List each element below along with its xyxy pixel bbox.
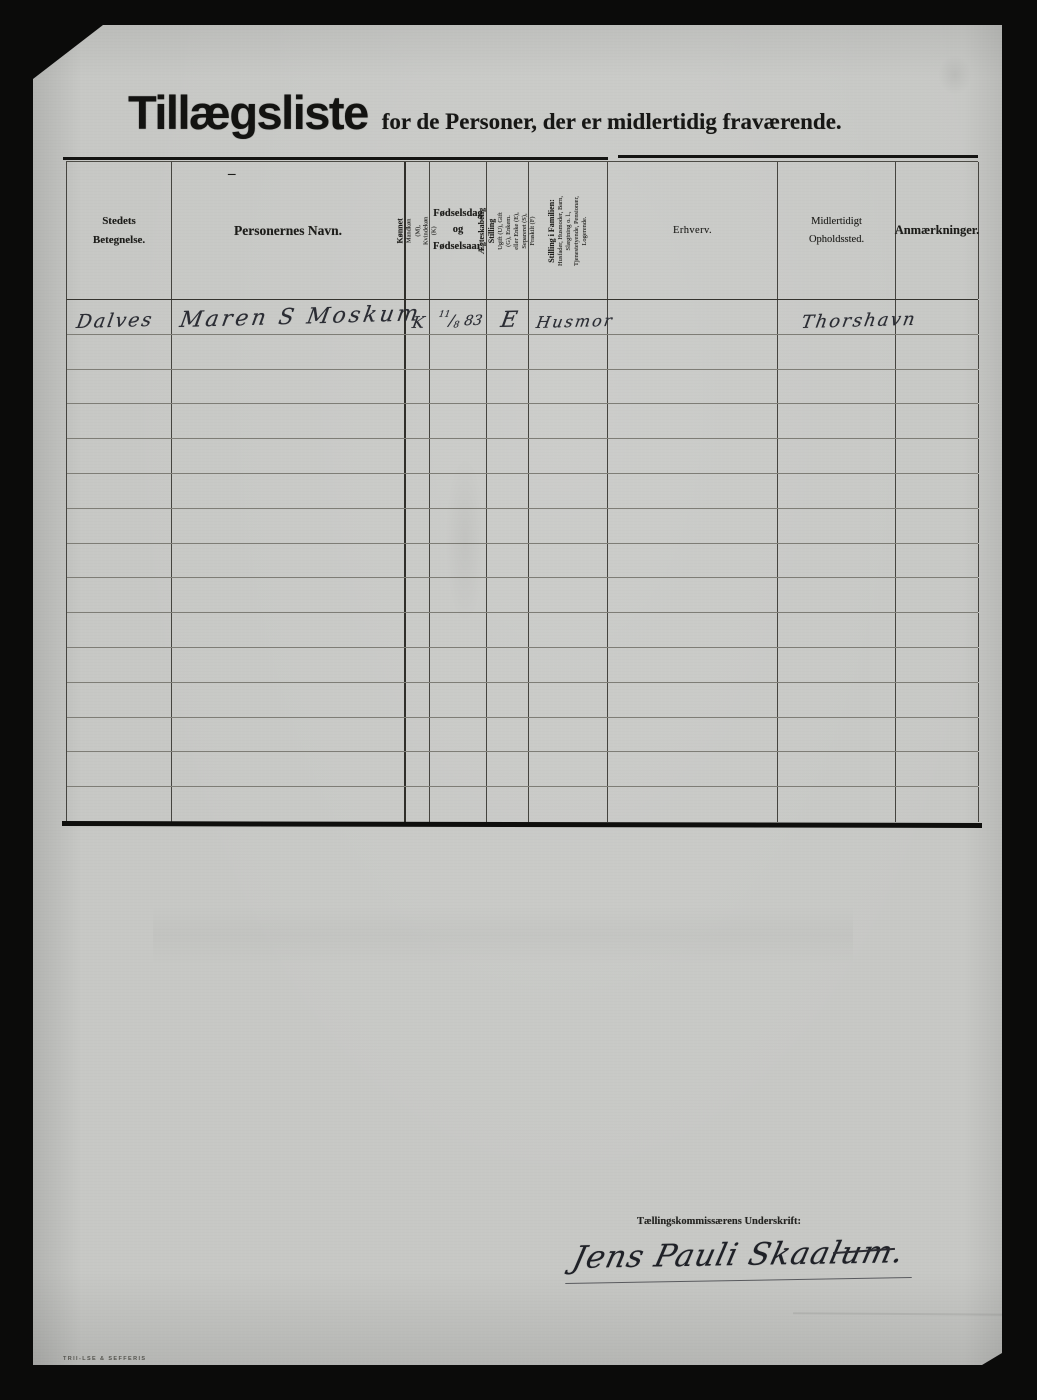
header-line: Personernes Navn. [234,223,342,239]
cell-anm [896,752,979,786]
cell-erhverv [608,404,778,438]
cell-navn [172,370,406,404]
cell-anm [896,544,979,578]
scan-smudge [153,905,853,965]
cell-navn [172,439,406,473]
cell-sted [67,404,172,438]
cell-navn [172,648,406,682]
cell-navn [172,787,406,822]
cell-kon [406,544,430,578]
handwritten-kon: K [411,314,426,330]
table-top-rule-left [63,157,608,160]
title-subtitle-bold: midlertidig fraværende. [607,109,842,134]
handwritten-familie: Husmor [535,313,615,331]
cell-sted [67,787,172,822]
cell-aegteskab [487,544,529,578]
cell-erhverv [608,544,778,578]
cell-anm [896,718,979,752]
table-row [67,404,978,439]
cell-aegteskab [487,578,529,612]
table-top-rule-right [618,155,978,158]
cell-erhverv [608,370,778,404]
header-line: Erhverv. [673,225,712,236]
cell-aegteskab [487,370,529,404]
cell-sted [67,509,172,543]
cell-familie [529,509,608,543]
cell-aegteskab [487,404,529,438]
header-line: Logerende. [581,192,589,270]
cell-kon [406,439,430,473]
cell-fodsel [430,370,487,404]
cell-aegteskab [487,683,529,717]
cell-navn [172,335,406,369]
cell-familie [529,439,608,473]
cell-sted [67,718,172,752]
cell-navn [172,578,406,612]
cell-kon [406,335,430,369]
cell-erhverv [608,718,778,752]
cell-anm [896,648,979,682]
cell-anm [896,404,979,438]
cell-kon [406,752,430,786]
cell-sted [67,578,172,612]
cell-familie [529,544,608,578]
cell-kon [406,683,430,717]
cell-ophold [778,648,896,682]
cell-familie [529,718,608,752]
header-line: Tjenestetyende, Pensionær, [573,192,581,270]
cell-ophold [778,404,896,438]
header-line: Husfader, Husmoder, Barn, [557,192,565,270]
col-header-erhverv: Erhverv. [608,162,778,299]
cell-familie [529,752,608,786]
cell-fodsel [430,404,487,438]
cell-kon [406,787,430,822]
title-subtitle-plain: for de Personer, der er [382,109,602,134]
handwritten-navn: Maren S Moskum [178,303,423,332]
title-subtitle: for de Personer, der er midlertidig frav… [382,109,842,135]
col-header-aegteskabelig-stilling: Ægteskabelig Stilling Ugift (U), Gift (G… [487,162,529,299]
header-line: Kønnet [396,216,406,244]
col-header-konnet: Kønnet Mandkøn (M), Kvindekøn (K) [406,162,430,299]
cell-aegteskab: E [487,300,529,334]
table-row [67,787,978,822]
cell-fodsel [430,752,487,786]
cell-aegteskab [487,474,529,508]
cell-fodsel [430,648,487,682]
header-line: Stilling i Familien: [547,192,557,270]
cell-ophold: Thorshavn [778,300,896,334]
cell-familie [529,474,608,508]
cell-aegteskab [487,648,529,682]
cell-familie [529,370,608,404]
cell-navn [172,404,406,438]
cell-erhverv [608,613,778,647]
table-row [67,439,978,474]
cell-aegteskab [487,613,529,647]
handwritten-sted: Dalves [75,311,155,332]
cell-sted [67,370,172,404]
table-body: DalvesMaren S MoskumK11/8 83EHusmorThors… [66,300,978,822]
cell-aegteskab [487,718,529,752]
cell-navn [172,509,406,543]
cell-familie [529,578,608,612]
title-main: Tillægsliste [128,85,368,140]
census-table: Stedets Betegnelse. – Personernes Navn. … [66,155,978,822]
header-line: Midlertidigt [811,213,862,231]
cell-sted [67,544,172,578]
header-line: og [453,222,464,238]
cell-ophold [778,752,896,786]
col-header-anmaerkninger: Anmærkninger. [896,162,979,299]
table-row [67,683,978,718]
cell-fodsel [430,509,487,543]
cell-aegteskab [487,335,529,369]
cell-ophold [778,683,896,717]
header-line: Fødselsdag [433,206,483,222]
cell-fodsel [430,578,487,612]
table-row [67,718,978,753]
cell-sted [67,613,172,647]
signature-label: Tællingskommissærens Underskrift: [637,1216,801,1227]
cell-ophold [778,613,896,647]
cell-navn: Maren S Moskum [172,300,406,334]
cell-sted [67,474,172,508]
header-line: Fødselsaar. [433,239,483,255]
page-title: Tillægsliste for de Personer, der er mid… [128,85,842,140]
cell-navn [172,474,406,508]
col-header-personernes-navn: – Personernes Navn. [172,162,406,299]
cell-anm [896,578,979,612]
cell-kon [406,370,430,404]
cell-sted [67,683,172,717]
cell-ophold [778,578,896,612]
cell-erhverv [608,474,778,508]
scan-smudge [938,55,972,95]
cell-fodsel [430,439,487,473]
cell-navn [172,544,406,578]
cell-familie [529,648,608,682]
cell-familie [529,404,608,438]
cell-ophold [778,787,896,822]
cell-navn [172,683,406,717]
cell-erhverv [608,578,778,612]
cell-aegteskab [487,752,529,786]
cell-kon [406,648,430,682]
stray-dash-mark: – [228,166,236,183]
cell-aegteskab [487,509,529,543]
cell-familie [529,335,608,369]
cell-fodsel [430,613,487,647]
cell-anm [896,474,979,508]
table-row: DalvesMaren S MoskumK11/8 83EHusmorThors… [67,300,978,335]
cell-kon [406,578,430,612]
cell-navn [172,718,406,752]
cell-kon [406,474,430,508]
cell-kon [406,613,430,647]
cell-fodsel [430,683,487,717]
cell-fodsel [430,335,487,369]
col-header-stedets-betegnelse: Stedets Betegnelse. [67,162,172,299]
table-row [67,335,978,370]
cell-sted [67,335,172,369]
table-bottom-rule [62,821,982,828]
cell-erhverv [608,509,778,543]
header-line: Ugift (U), Gift (G), Enkem. [498,207,514,253]
header-line: Betegnelse. [93,231,145,249]
cell-familie: Husmor [529,300,608,334]
cell-aegteskab [487,439,529,473]
table-row [67,613,978,648]
cell-anm [896,509,979,543]
rotated-header: Stilling i Familien: Husfader, Husmoder,… [529,162,607,299]
table-row [67,648,978,683]
header-line: Slægtning o. l., [565,192,573,270]
commissioner-signature: Jens Pauli Skaalum. [571,1237,916,1281]
cell-kon [406,509,430,543]
handwritten-aegteskab: E [499,309,519,331]
cell-erhverv [608,648,778,682]
cell-fodsel: 11/8 83 [430,300,487,334]
cell-aegteskab [487,787,529,822]
table-row [67,370,978,405]
table-row [67,578,978,613]
printer-imprint: TRII-LSE & SEFFERIS [63,1356,146,1362]
cell-erhverv [608,335,778,369]
header-line: Opholdssted. [809,231,864,249]
cell-fodsel [430,718,487,752]
cell-anm [896,787,979,822]
cell-anm [896,613,979,647]
cell-ophold [778,439,896,473]
cell-ophold [778,370,896,404]
cell-sted [67,648,172,682]
rotated-header: Ægteskabelig Stilling Ugift (U), Gift (G… [487,162,528,299]
col-header-midlertidigt-opholdssted: Midlertidigt Opholdssted. [778,162,896,299]
cell-sted [67,752,172,786]
cell-erhverv [608,439,778,473]
cell-erhverv [608,300,778,334]
cell-familie [529,787,608,822]
table-row [67,509,978,544]
header-line: eller Enke (E), Separeret (S), [514,207,530,253]
cell-ophold [778,474,896,508]
cell-ophold [778,544,896,578]
cell-kon: K [406,300,430,334]
cell-ophold [778,509,896,543]
cell-erhverv [608,683,778,717]
handwritten-birthdate: 11/8 83 [436,310,484,331]
header-line: Anmærkninger. [895,223,980,238]
rotated-header: Kønnet Mandkøn (M), Kvindekøn (K) [406,162,429,299]
table-row [67,474,978,509]
cell-anm [896,335,979,369]
cell-anm [896,439,979,473]
handwritten-signature: Jens Pauli Skaalum. [565,1234,922,1284]
cell-navn [172,613,406,647]
cell-sted [67,439,172,473]
cell-anm [896,370,979,404]
cell-sted: Dalves [67,300,172,334]
cell-kon [406,718,430,752]
cell-erhverv [608,752,778,786]
table-row [67,544,978,579]
cell-anm [896,300,979,334]
table-row [67,752,978,787]
cell-familie [529,683,608,717]
cell-ophold [778,335,896,369]
cell-anm [896,683,979,717]
paper-crease [793,1312,1008,1316]
cell-ophold [778,718,896,752]
col-header-stilling-i-familien: Stilling i Familien: Husfader, Husmoder,… [529,162,608,299]
cell-kon [406,404,430,438]
cell-fodsel [430,544,487,578]
table-header-row: Stedets Betegnelse. – Personernes Navn. … [66,162,978,300]
cell-navn [172,752,406,786]
document-page: Tillægsliste for de Personer, der er mid… [33,25,1002,1365]
cell-fodsel [430,787,487,822]
cell-familie [529,613,608,647]
cell-fodsel [430,474,487,508]
header-line: Stedets [102,212,136,230]
cell-erhverv [608,787,778,822]
header-line: Ægteskabelig Stilling [478,207,498,253]
